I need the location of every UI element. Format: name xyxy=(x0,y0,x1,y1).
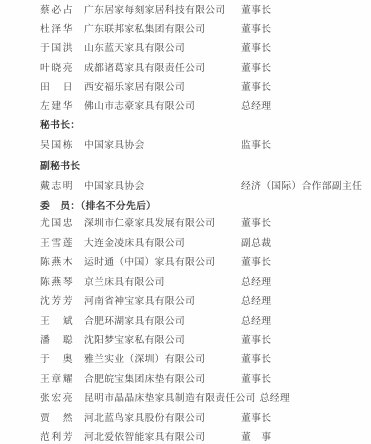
person-name: 王雪莲 xyxy=(40,238,84,250)
person-title: 董事长 xyxy=(241,413,271,425)
person-name: 陈燕琴 xyxy=(40,277,84,289)
secretary-general-list: 吴国栋中国家具协会监事长 xyxy=(40,140,367,160)
person-name: 吴国栋 xyxy=(40,140,84,152)
roster-row: 于国洪山东蓝天家具有限公司董事长 xyxy=(40,43,367,62)
company-name: 合肥皖宝集团床垫有限公司 xyxy=(84,374,241,386)
company-name: 中国家具协会 xyxy=(84,140,241,152)
person-title: 总经理 xyxy=(241,101,271,113)
section-header-deputy-secretary: 副秘书长 xyxy=(40,161,367,181)
company-name: 沈阳梦宝家私有限公司 xyxy=(84,335,241,347)
roster-row: 田 日西安福乐家居有限公司董事长 xyxy=(40,82,367,101)
person-title: 监事长 xyxy=(241,140,271,152)
roster-row: 范利芳河北爱依智能家具有限公司董 事 xyxy=(40,432,367,444)
person-name: 戴志明 xyxy=(40,181,84,193)
person-name: 叶晓亮 xyxy=(40,63,84,75)
roster-row: 左建华佛山市志豪家具有限公司总经理 xyxy=(40,101,367,120)
deputy-secretary-list: 戴志明中国家具协会经济（国际）合作部副主任 xyxy=(40,181,367,201)
roster-row: 王章耀合肥皖宝集团床垫有限公司董事长 xyxy=(40,374,367,393)
company-name: 深圳市仁豪家具发展有限公司 xyxy=(84,218,241,230)
person-name: 王 斌 xyxy=(40,316,84,328)
roster-row: 潘 聪沈阳梦宝家私有限公司董事长 xyxy=(40,335,367,354)
company-name: 京兰床具有限公司 xyxy=(84,277,241,289)
roster-row: 蔡必占广东居家每刻家居科技有限公司董事长 xyxy=(40,5,367,24)
person-title: 董事长 xyxy=(241,82,271,94)
company-name: 昆明市晶晶床垫家具制造有限责任公司 xyxy=(84,393,260,405)
leaders-list: 蔡必占广东居家每刻家居科技有限公司董事长杜泽华广东联邦家私集团有限公司董事长于国… xyxy=(40,5,367,120)
company-name: 成都诸葛家具有限责任公司 xyxy=(84,63,241,75)
company-name: 河南省神宝家具有限公司 xyxy=(84,296,241,308)
person-name: 张宏亮 xyxy=(40,393,84,405)
company-name: 山东蓝天家具有限公司 xyxy=(84,43,241,55)
company-name: 大连金凌床具有限公司 xyxy=(84,238,241,250)
roster-row: 沈芳芳河南省神宝家具有限公司总经理 xyxy=(40,296,367,315)
person-name: 杜泽华 xyxy=(40,24,84,36)
person-title: 总经理 xyxy=(241,316,271,328)
person-name: 范利芳 xyxy=(40,432,84,444)
company-name: 中国家具协会 xyxy=(84,181,241,193)
company-name: 运时通（中国）家具有限公司 xyxy=(84,257,241,269)
roster-row: 陈燕木运时通（中国）家具有限公司董事长 xyxy=(40,257,367,276)
person-name: 于 奥 xyxy=(40,354,84,366)
person-title: 董事长 xyxy=(241,43,271,55)
roster-row: 王 斌合肥环湖家具有限公司总经理 xyxy=(40,316,367,335)
roster-row: 陈燕琴京兰床具有限公司总经理 xyxy=(40,277,367,296)
company-name: 雅兰实业（深圳）有限公司 xyxy=(84,354,241,366)
roster-row: 贾 然河北蓝鸟家具股份有限公司董事长 xyxy=(40,413,367,432)
roster-row: 张宏亮昆明市晶晶床垫家具制造有限责任公司总经理 xyxy=(40,393,367,412)
person-name: 蔡必占 xyxy=(40,5,84,17)
person-title: 董 事 xyxy=(241,432,271,444)
person-name: 贾 然 xyxy=(40,413,84,425)
roster-row: 王雪莲大连金凌床具有限公司副总裁 xyxy=(40,238,367,257)
company-name: 河北爱依智能家具有限公司 xyxy=(84,432,241,444)
members-list: 尤国忠深圳市仁豪家具发展有限公司董事长王雪莲大连金凌床具有限公司副总裁陈燕木运时… xyxy=(40,218,367,444)
roster-row: 戴志明中国家具协会经济（国际）合作部副主任 xyxy=(40,181,367,201)
section-header-secretary-general: 秘书长： xyxy=(40,120,367,140)
person-title: 董事长 xyxy=(241,335,271,347)
company-name: 河北蓝鸟家具股份有限公司 xyxy=(84,413,241,425)
company-name: 合肥环湖家具有限公司 xyxy=(84,316,241,328)
person-name: 王章耀 xyxy=(40,374,84,386)
person-name: 于国洪 xyxy=(40,43,84,55)
roster-row: 尤国忠深圳市仁豪家具发展有限公司董事长 xyxy=(40,218,367,237)
person-name: 左建华 xyxy=(40,101,84,113)
person-title: 董事长 xyxy=(241,257,271,269)
roster-row: 叶晓亮成都诸葛家具有限责任公司董事长 xyxy=(40,63,367,82)
person-title: 董事长 xyxy=(241,218,271,230)
person-title: 董事长 xyxy=(241,374,271,386)
person-name: 陈燕木 xyxy=(40,257,84,269)
roster-document: 蔡必占广东居家每刻家居科技有限公司董事长杜泽华广东联邦家私集团有限公司董事长于国… xyxy=(0,0,371,444)
roster-row: 吴国栋中国家具协会监事长 xyxy=(40,140,367,160)
section-header-members: 委 员：（排名不分先后） xyxy=(40,201,367,218)
company-name: 佛山市志豪家具有限公司 xyxy=(84,101,241,113)
person-name: 潘 聪 xyxy=(40,335,84,347)
person-title: 董事长 xyxy=(241,63,271,75)
roster-row: 于 奥雅兰实业（深圳）有限公司董事长 xyxy=(40,354,367,373)
person-title: 副总裁 xyxy=(241,238,271,250)
person-title: 董事长 xyxy=(241,24,271,36)
person-title: 董事长 xyxy=(241,5,271,17)
company-name: 广东居家每刻家居科技有限公司 xyxy=(84,5,241,17)
person-title: 董事长 xyxy=(241,354,271,366)
roster-row: 杜泽华广东联邦家私集团有限公司董事长 xyxy=(40,24,367,43)
person-title: 总经理 xyxy=(241,296,271,308)
person-name: 田 日 xyxy=(40,82,84,94)
company-name: 广东联邦家私集团有限公司 xyxy=(84,24,241,36)
person-title: 总经理 xyxy=(241,277,271,289)
person-title: 总经理 xyxy=(260,393,290,405)
person-title: 经济（国际）合作部副主任 xyxy=(241,181,362,193)
person-name: 尤国忠 xyxy=(40,218,84,230)
company-name: 西安福乐家居有限公司 xyxy=(84,82,241,94)
person-name: 沈芳芳 xyxy=(40,296,84,308)
